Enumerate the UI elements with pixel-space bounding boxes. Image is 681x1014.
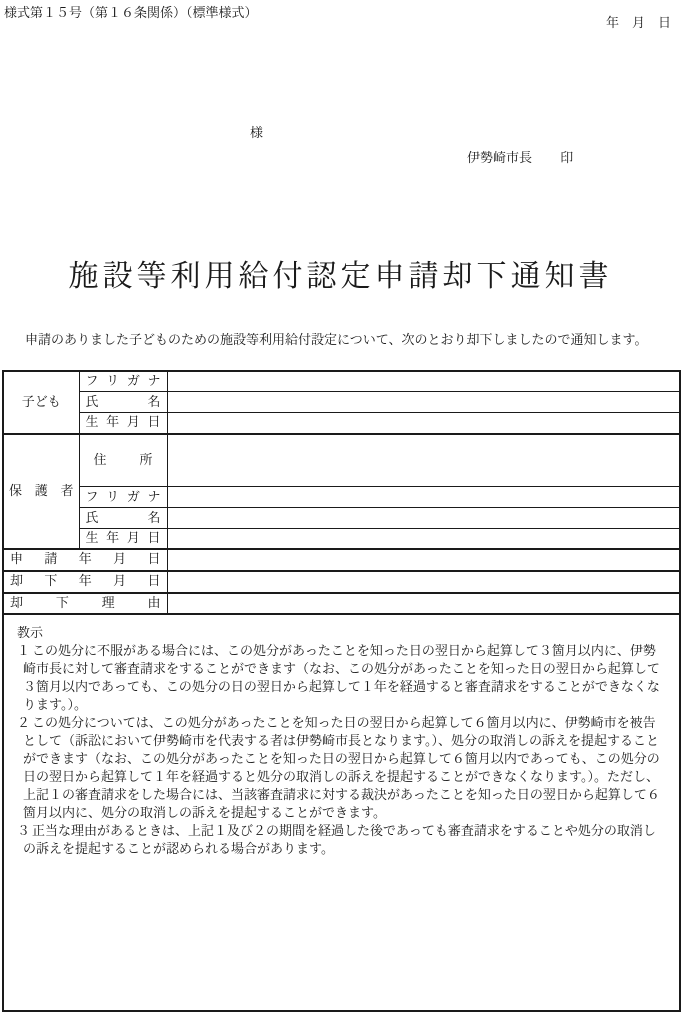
rejection-date-label: 却下年月日 (3, 571, 167, 593)
sender-line: 伊勢崎市長 印 (467, 150, 681, 167)
rejection-reason-value (167, 593, 680, 614)
table-row: 生年月日 (3, 529, 680, 549)
table-row: 子ども フリガナ (3, 371, 680, 392)
table-row: 保護者 住所 (3, 434, 680, 487)
appeal-instruction-item-3: ３正当な理由があるときは、上記１及び２の期間を経過した後であっても審査請求をする… (17, 822, 664, 858)
table-row: 却下理由 (3, 593, 680, 614)
appeal-instructions-heading: 教示 (17, 624, 664, 642)
rejection-reason-label: 却下理由 (3, 593, 167, 614)
intro-text: 申請のありました子どものための施設等利用給付設定について、次のとおり却下しました… (25, 332, 667, 349)
table-row: 申請年月日 (3, 549, 680, 571)
guardian-group-label: 保護者 (3, 434, 79, 549)
item-text: この処分については、この処分があったことを知った日の翌日から起算して６箇月以内に… (23, 715, 660, 820)
item-number: ２ (17, 714, 32, 732)
item-number: ３ (17, 822, 32, 840)
table-row: 教示 １この処分に不服がある場合には、この処分があったことを知った日の翌日から起… (3, 614, 680, 1011)
guardian-name-value (167, 508, 680, 529)
guardian-birthdate-value (167, 529, 680, 549)
appeal-instructions-section: 教示 １この処分に不服がある場合には、この処分があったことを知った日の翌日から起… (3, 614, 680, 1011)
guardian-furigana-label: フリガナ (79, 487, 167, 508)
recipient-honorific: 様 (250, 125, 263, 140)
child-birthdate-value (167, 413, 680, 434)
guardian-address-label: 住所 (79, 434, 167, 487)
document-title: 施設等利用給付認定申請却下通知書 (0, 258, 681, 296)
child-group-label: 子ども (3, 371, 79, 434)
form-number: 様式第１５号（第１６条関係）（標準様式） (0, 0, 681, 22)
child-furigana-label: フリガナ (79, 371, 167, 392)
guardian-birthdate-label: 生年月日 (79, 529, 167, 549)
item-text: この処分に不服がある場合には、この処分があったことを知った日の翌日から起算して３… (23, 643, 660, 712)
appeal-instruction-item-2: ２この処分については、この処分があったことを知った日の翌日から起算して６箇月以内… (17, 714, 664, 822)
table-row: 生年月日 (3, 413, 680, 434)
child-birthdate-label: 生年月日 (79, 413, 167, 434)
applicant-table: 子ども フリガナ 氏名 生年月日 保護者 住所 フリガナ 氏名 生年月日 (2, 370, 681, 1012)
sender-name: 伊勢崎市長 (467, 150, 532, 165)
appeal-instruction-item-1: １この処分に不服がある場合には、この処分があったことを知った日の翌日から起算して… (17, 642, 664, 714)
issue-date: 年 月 日 (606, 15, 671, 32)
item-text: 正当な理由があるときは、上記１及び２の期間を経過した後であっても審査請求をするこ… (23, 823, 656, 856)
page-header: 様式第１５号（第１６条関係）（標準様式） 年 月 日 (0, 0, 681, 22)
table-row: 氏名 (3, 392, 680, 413)
table-row: 氏名 (3, 508, 680, 529)
child-name-value (167, 392, 680, 413)
child-name-label: 氏名 (79, 392, 167, 413)
guardian-address-value (167, 434, 680, 487)
table-row: 却下年月日 (3, 571, 680, 593)
guardian-name-label: 氏名 (79, 508, 167, 529)
child-furigana-value (167, 371, 680, 392)
recipient-line: 様 (250, 125, 681, 142)
item-number: １ (17, 642, 32, 660)
application-date-value (167, 549, 680, 571)
application-date-label: 申請年月日 (3, 549, 167, 571)
table-row: フリガナ (3, 487, 680, 508)
guardian-furigana-value (167, 487, 680, 508)
rejection-date-value (167, 571, 680, 593)
seal-mark: 印 (560, 150, 573, 165)
